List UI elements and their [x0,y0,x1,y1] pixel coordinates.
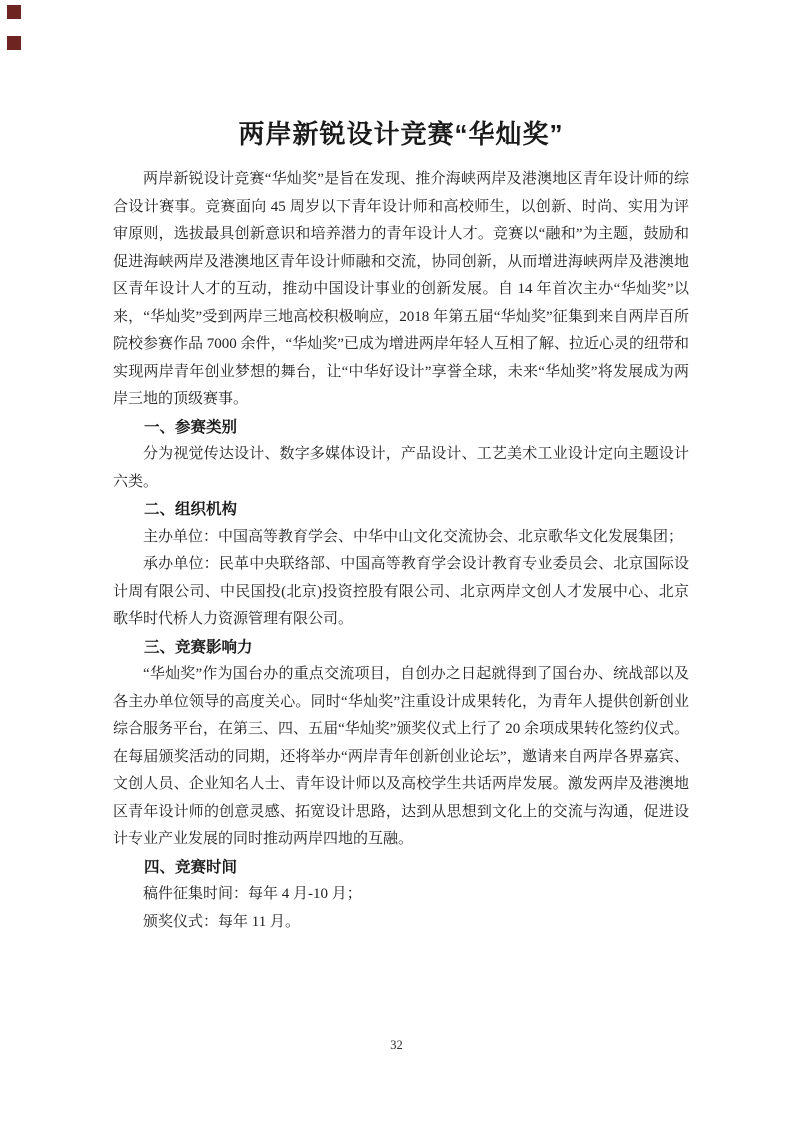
section-3-heading: 三、竞赛影响力 [113,634,689,662]
section-2-paragraph-2: 承办单位：民革中央联络部、中国高等教育学会设计教育专业委员会、北京国际设计周有限… [113,551,689,634]
section-1-paragraph-1: 分为视觉传达设计、数字多媒体设计，产品设计、工艺美术工业设计定向主题设计六类。 [113,441,689,496]
corner-mark-top [7,5,21,19]
section-1-heading: 一、参赛类别 [113,414,689,442]
document-content: 两岸新锐设计竞赛“华灿奖” 两岸新锐设计竞赛“华灿奖”是旨在发现、推介海峡两岸及… [113,0,689,936]
section-4-heading: 四、竞赛时间 [113,854,689,882]
section-2-heading: 二、组织机构 [113,496,689,524]
section-4-paragraph-2: 颁奖仪式：每年 11 月。 [113,909,689,937]
corner-mark-bottom [7,36,21,50]
section-4-paragraph-1: 稿件征集时间：每年 4 月-10 月； [113,881,689,909]
page-number: 32 [0,1037,793,1053]
document-page: 两岸新锐设计竞赛“华灿奖” 两岸新锐设计竞赛“华灿奖”是旨在发现、推介海峡两岸及… [0,0,793,1122]
section-3-paragraph-1: “华灿奖”作为国台办的重点交流项目，自创办之日起就得到了国台办、统战部以及各主办… [113,661,689,854]
intro-paragraph: 两岸新锐设计竞赛“华灿奖”是旨在发现、推介海峡两岸及港澳地区青年设计师的综合设计… [113,166,689,414]
section-2-paragraph-1: 主办单位：中国高等教育学会、中华中山文化交流协会、北京歌华文化发展集团； [113,524,689,552]
page-title: 两岸新锐设计竞赛“华灿奖” [113,114,689,154]
